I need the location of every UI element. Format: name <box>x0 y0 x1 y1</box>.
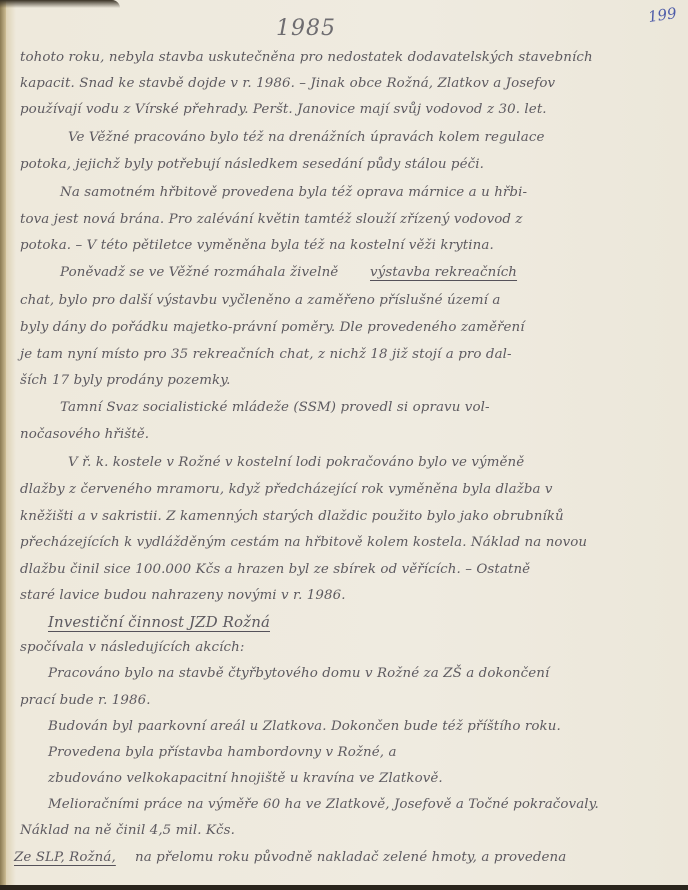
text-line: byly dány do pořádku majetko-právní pomě… <box>20 320 525 335</box>
underlined-recreation-phrase: výstavba rekreačních <box>370 265 517 280</box>
text-line: tova jest nová brána. Pro zalévání květi… <box>20 212 523 227</box>
text-line: je tam nyní místo pro 35 rekreačních cha… <box>20 347 512 362</box>
page-edge <box>0 885 688 890</box>
text-line: Provedena byla přístavba hambordovny v R… <box>48 745 397 760</box>
text-line: prací bude r. 1986. <box>20 693 151 708</box>
text-line: nočasového hřiště. <box>20 427 149 442</box>
year-heading: 1985 <box>276 16 336 41</box>
text-line: Náklad na ně činil 4,5 mil. Kčs. <box>20 823 235 838</box>
text-line: Melioračními práce na výměře 60 ha ve Zl… <box>48 797 599 812</box>
book-spine <box>0 0 6 890</box>
manuscript-page: 199 1985 tohoto roku, nebyla stavba usku… <box>0 0 688 890</box>
text-line: staré lavice budou nahrazeny novými v r.… <box>20 588 346 603</box>
text-line: tohoto roku, nebyla stavba uskutečněna p… <box>20 50 593 65</box>
section-heading: Investiční činnost JZD Rožná <box>48 613 270 631</box>
text-line: zbudováno velkokapacitní hnojiště u krav… <box>48 771 443 786</box>
text-line: na přelomu roku původně nakladač zelené … <box>135 850 566 865</box>
text-line: kapacit. Snad ke stavbě dojde v r. 1986.… <box>20 76 555 91</box>
text-line: Tamní Svaz socialistické mládeže (SSM) p… <box>60 400 490 415</box>
text-line: chat, bylo pro další výstavbu vyčleněno … <box>20 293 501 308</box>
binding-shadow <box>0 0 120 8</box>
text-line: Na samotném hřbitově provedena byla též … <box>60 185 527 200</box>
text-line: spočívala v následujících akcích: <box>20 640 244 655</box>
text-line: Ve Věžné pracováno bylo též na drenážníc… <box>68 130 544 145</box>
text-line: potoka. – V této pětiletce vyměněna byla… <box>20 238 494 253</box>
text-line: Poněvadž se ve Věžné rozmáhala živelně <box>60 265 338 280</box>
text-line: Pracováno bylo na stavbě čtyřbytového do… <box>48 666 549 681</box>
underlined-slp-phrase: Ze SLP, Rožná, <box>14 850 116 865</box>
text-line: potoka, jejichž byly potřebují následkem… <box>20 157 484 172</box>
text-line: V ř. k. kostele v Rožné v kostelní lodi … <box>68 455 524 470</box>
page-number: 199 <box>647 4 678 26</box>
text-line: dlažby z červeného mramoru, když předchá… <box>20 482 553 497</box>
text-line: přecházejících k vydlážděným cestám na h… <box>20 535 587 550</box>
text-line: Budován byl paarkovní areál u Zlatkova. … <box>48 719 561 734</box>
text-line: kněžišti a v sakristii. Z kamenných star… <box>20 509 564 524</box>
text-line: ších 17 byly prodány pozemky. <box>20 373 230 388</box>
text-line: dlažbu činil sice 100.000 Kčs a hrazen b… <box>20 562 530 577</box>
text-line: používají vodu z Vírské přehrady. Peršt.… <box>20 102 547 117</box>
